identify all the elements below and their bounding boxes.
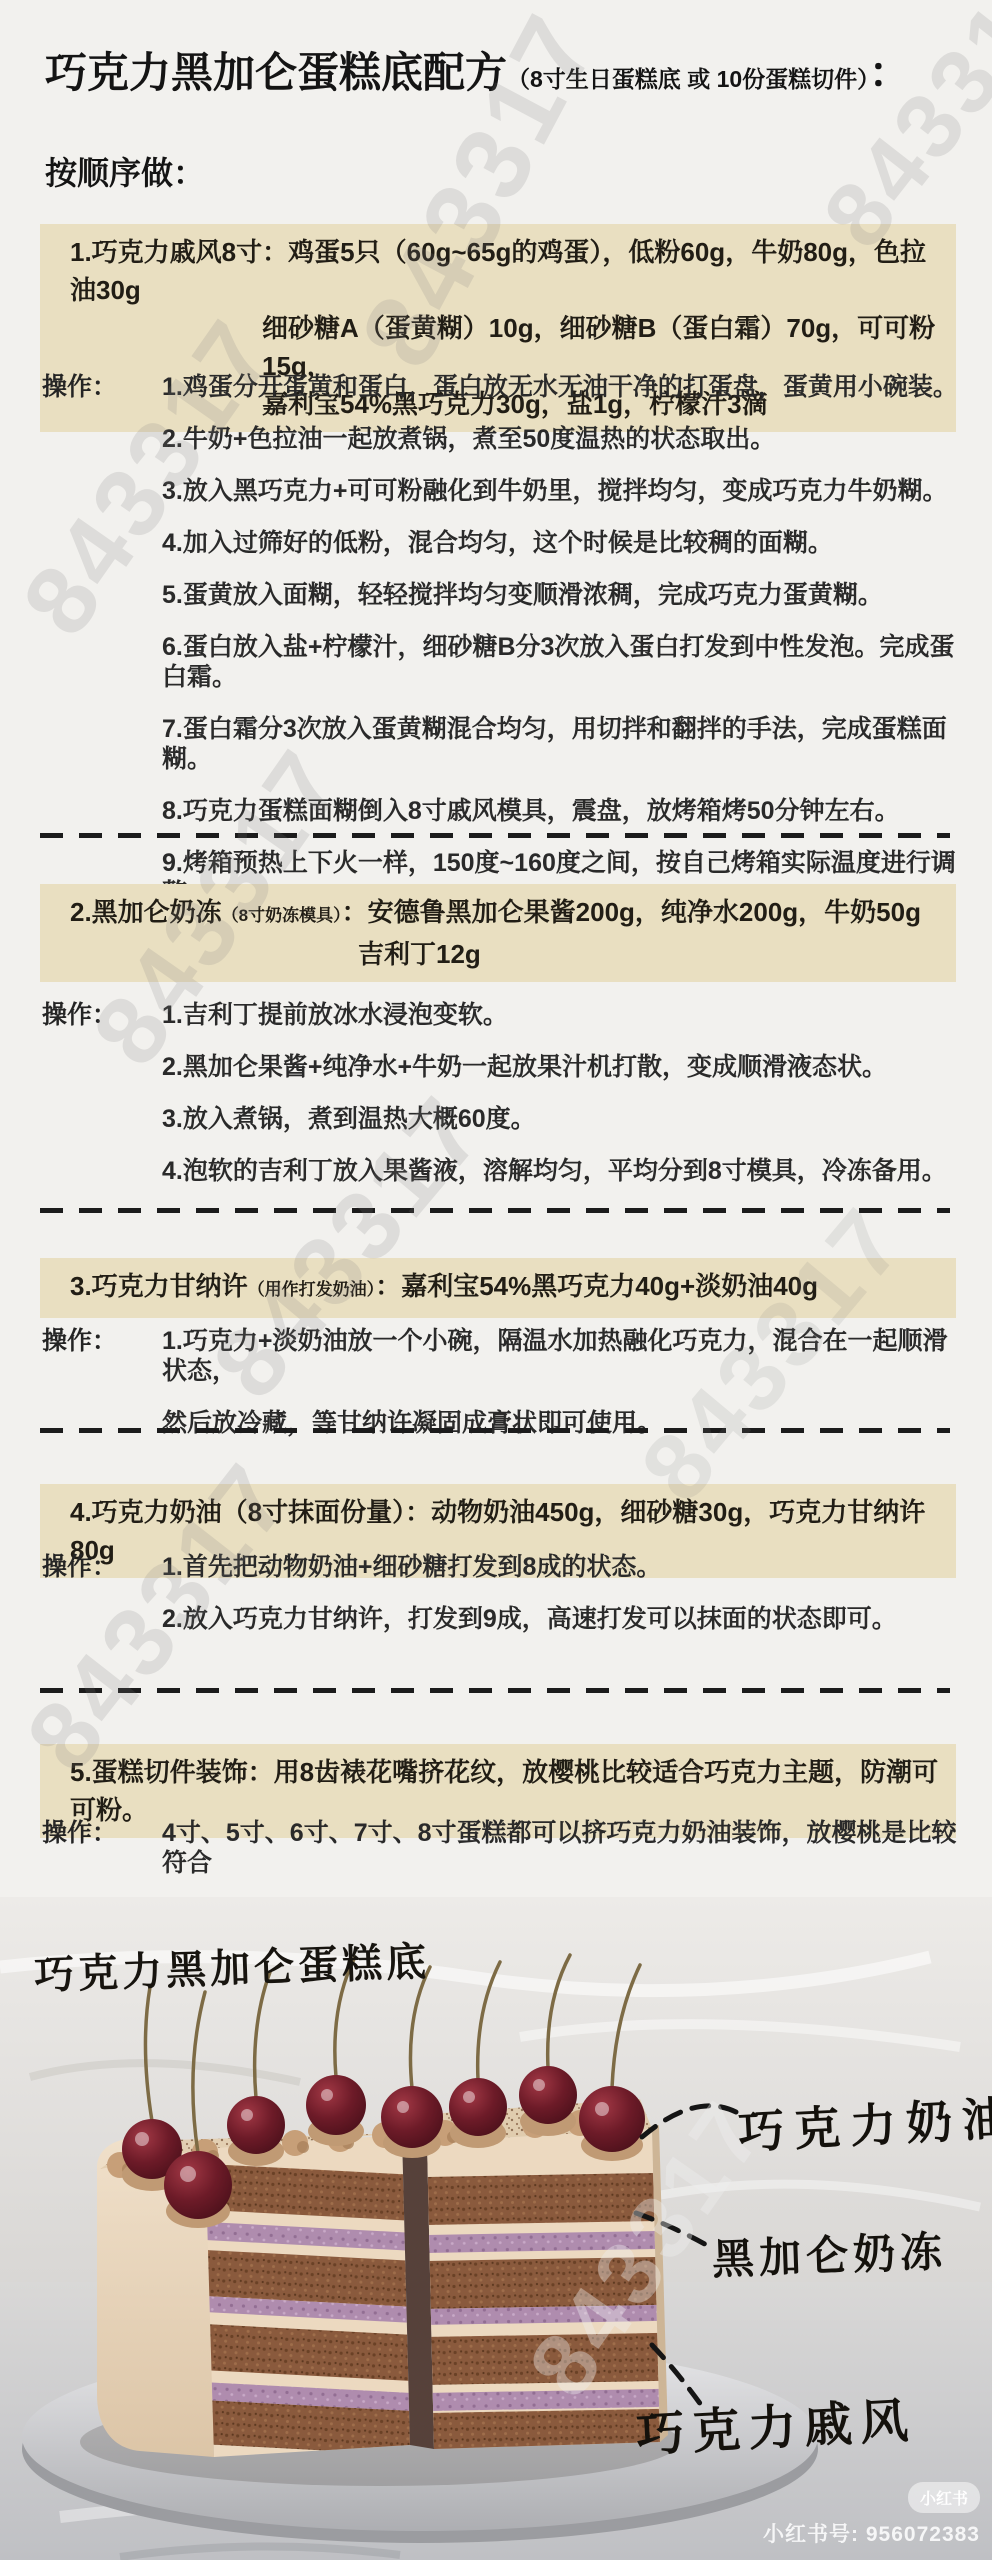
step-item: 1.吉利丁提前放冰水浸泡变软。 [162, 1000, 964, 1030]
step-item: 7.蛋白霜分3次放入蛋黄糊混合均匀，用切拌和翻拌的手法，完成蛋糕面糊。 [162, 714, 964, 774]
subtitle-do-in-order: 按顺序做： [45, 148, 205, 194]
section1-steps: 操作： 1.鸡蛋分开蛋黄和蛋白，蛋白放无水无油干净的打蛋盘，蛋黄用小碗装。 2.… [42, 372, 964, 930]
step-item: 1.巧克力+淡奶油放一个小碗，隔温水加热融化巧克力，混合在一起顺滑状态， [162, 1326, 964, 1386]
step-item: 3.放入黑巧克力+可可粉融化到牛奶里，搅拌均匀，变成巧克力牛奶糊。 [162, 476, 964, 506]
ops-label: 操作： [42, 1000, 162, 1030]
section2-steps: 操作： 1.吉利丁提前放冰水浸泡变软。 2.黑加仑果酱+纯净水+牛奶一起放果汁机… [42, 1000, 964, 1208]
step-item: 1.首先把动物奶油+细砂糖打发到8成的状态。 [162, 1552, 964, 1582]
ops-label: 操作： [42, 1326, 162, 1356]
recipe-document: 843317 843317 843317 843317 843317 84331… [0, 0, 992, 1897]
xiaohongshu-badge: 小红书 [908, 2482, 980, 2513]
dashed-separator [40, 1428, 950, 1433]
section4-steps: 操作： 1.首先把动物奶油+细砂糖打发到8成的状态。 2.放入巧克力甘纳许，打发… [42, 1552, 964, 1656]
step-item: 2.黑加仑果酱+纯净水+牛奶一起放果汁机打散，变成顺滑液态状。 [162, 1052, 964, 1082]
page-title-colon: ： [869, 49, 911, 96]
header-line: 1.巧克力戚风8寸：鸡蛋5只（60g~65g的鸡蛋），低粉60g，牛奶80g，色… [70, 233, 946, 309]
header-line: 吉利丁12g [70, 935, 946, 973]
step-item: 4.加入过筛好的低粉，混合均匀，这个时候是比较稠的面糊。 [162, 528, 964, 558]
cake-photo: 843317 巧克力黑加仑蛋糕底 巧克力奶油 黑加仑奶冻 巧克力戚风 小红书 小… [0, 1897, 992, 2560]
dashed-separator [40, 1688, 950, 1693]
xiaohongshu-id: 小红书号: 956072383 [763, 2518, 980, 2548]
step-item: 5.蛋黄放入面糊，轻轻搅拌均匀变顺滑浓稠，完成巧克力蛋黄糊。 [162, 580, 964, 610]
ops-label: 操作： [42, 372, 162, 402]
step-item: 4.泡软的吉利丁放入果酱液，溶解均匀，平均分到8寸模具，冷冻备用。 [162, 1156, 964, 1186]
ops-label: 操作： [42, 1552, 162, 1582]
header-note: （用作打发奶油） [248, 1280, 376, 1299]
page-title: 巧克力黑加仑蛋糕底配方（8寸生日蛋糕底 或 10份蛋糕切件）： [45, 40, 911, 100]
section5-steps: 操作： 4寸、5寸、6寸、7寸、8寸蛋糕都可以挤巧克力奶油装饰，放樱桃是比较符合… [42, 1818, 964, 1897]
step-item: 2.牛奶+色拉油一起放煮锅，煮至50度温热的状态取出。 [162, 424, 964, 454]
step-item: 1.鸡蛋分开蛋黄和蛋白，蛋白放无水无油干净的打蛋盘，蛋黄用小碗装。 [162, 372, 964, 402]
header-note: （8寸奶冻模具） [222, 906, 342, 925]
step-item: 6.蛋白放入盐+柠檬汁，细砂糖B分3次放入蛋白打发到中性发泡。完成蛋白霜。 [162, 632, 964, 692]
step-item: 3.放入煮锅，煮到温热大概60度。 [162, 1104, 964, 1134]
page-title-note: （8寸生日蛋糕底 或 10份蛋糕切件） [507, 66, 869, 92]
header-line: 2.黑加仑奶冻（8寸奶冻模具）：安德鲁黑加仑果酱200g，纯净水200g，牛奶5… [70, 893, 946, 935]
annotation-chocolate-cream: 巧克力奶油 [736, 2082, 992, 2163]
section-header-ganache: 3.巧克力甘纳许（用作打发奶油）：嘉利宝54%黑巧克力40g+淡奶油40g [40, 1258, 956, 1318]
step-item: 2.放入巧克力甘纳许，打发到9成，高速打发可以抹面的状态即可。 [162, 1604, 964, 1634]
annotation-blackcurrant-jelly: 黑加仑奶冻 [711, 2219, 948, 2287]
step-item: 8.巧克力蛋糕面糊倒入8寸戚风模具，震盘，放烤箱烤50分钟左右。 [162, 796, 964, 826]
page-title-main: 巧克力黑加仑蛋糕底配方 [45, 49, 507, 96]
step-item: 然后放冷藏，等甘纳许凝固成膏状即可使用。 [162, 1408, 964, 1438]
header-line: 3.巧克力甘纳许（用作打发奶油）：嘉利宝54%黑巧克力40g+淡奶油40g [70, 1267, 946, 1309]
ops-label: 操作： [42, 1818, 162, 1848]
section-header-jelly: 2.黑加仑奶冻（8寸奶冻模具）：安德鲁黑加仑果酱200g，纯净水200g，牛奶5… [40, 884, 956, 982]
section3-steps: 操作： 1.巧克力+淡奶油放一个小碗，隔温水加热融化巧克力，混合在一起顺滑状态，… [42, 1326, 964, 1460]
dashed-separator [40, 833, 950, 838]
annotation-chocolate-chiffon: 巧克力戚风 [634, 2382, 917, 2466]
dashed-separator [40, 1208, 950, 1213]
step-item: 4寸、5寸、6寸、7寸、8寸蛋糕都可以挤巧克力奶油装饰，放樱桃是比较符合 [162, 1818, 964, 1878]
